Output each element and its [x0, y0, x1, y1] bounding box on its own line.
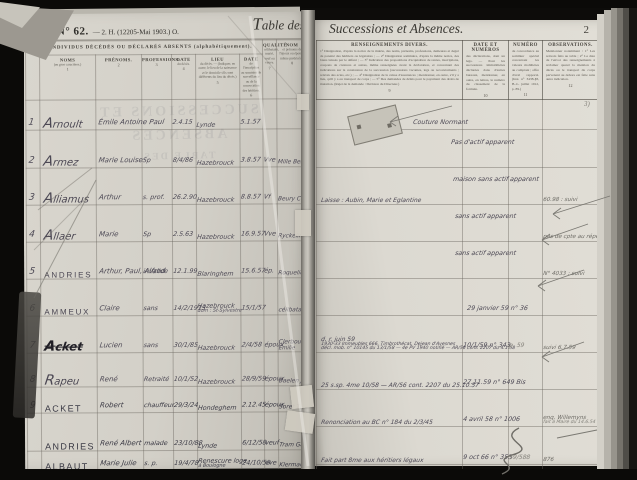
photo-black-margin-top [0, 0, 637, 8]
entry-profession: s. p. [144, 461, 158, 467]
column-header-date-deces: DATE du décès. 4 [172, 54, 196, 99]
column-header-professions: PROFESSIONS. 3 [142, 54, 172, 99]
declaration-date: 9 oct 66 n° 355 [463, 455, 513, 461]
entry-profession: s. prof. [142, 195, 165, 201]
cell-numero [509, 204, 543, 241]
assets-note: Couture Normant [413, 120, 469, 126]
column-header-noms: NOMS (en gros caractères.) 1 [40, 55, 96, 100]
declaration-date: 4 avril 58 n° 1006 [463, 417, 521, 423]
entry-firstnames: Claire [97, 305, 120, 312]
assets-note: sans actif apparent [455, 251, 517, 257]
note-line-1: 25 s.sp. 4me 10/58 — AR/56 cont. 2207 du… [317, 383, 463, 389]
note-line-3: décl. mob. n° 10145 du 13/1/58 — 4e PV 1… [317, 347, 463, 352]
observation-note: pas de cpte au répertoire [543, 235, 599, 241]
cell-qualite: Vf [263, 167, 277, 204]
cell-date-declaration: 9 oct 66 n° 355 [463, 426, 509, 464]
cell-date-declaration: maison sans actif apparent [463, 167, 509, 204]
assets-note: maison sans actif apparent [453, 177, 540, 183]
ledger-title-left-part: Table des [252, 14, 305, 34]
entry-profession: malade [144, 441, 168, 447]
ledger-title-right-part: Successions et Absences. [329, 21, 463, 37]
cell-prenoms: Émile Antoine Paul [96, 100, 142, 130]
cell-renseignements [317, 241, 463, 278]
table-row: 9 ACKET Robert chauffeur 29/3/24 Hondegh… [27, 386, 309, 413]
ledger-right-page: Successions et Absences. 2 RENSEIGNEMENT… [313, 20, 599, 466]
entry-number: 3 [26, 194, 35, 203]
table-row: Renonciation au BC n° 184 du 2/3/45 4 av… [317, 389, 599, 426]
cell-nom: Armez [40, 130, 96, 168]
cell-profession: chauffeur [143, 386, 173, 412]
cell-date-declaration: 29 janvier 59 n° 36 [463, 278, 509, 315]
cell-numero [509, 167, 543, 204]
entry-marital-status: vve [265, 460, 277, 466]
cell-prenoms: Arthur [96, 168, 142, 205]
cell-lieu-deces: Hazebrouck [196, 167, 240, 204]
section-header: INDIVIDUS DÉCÉDÉS OU DÉCLARÉS ABSENTS (a… [39, 40, 262, 55]
entry-marital-status: Vve [263, 157, 276, 163]
cell-qualite: Vve [263, 204, 277, 241]
cell-date-inscription: 16.9.57 [240, 204, 263, 241]
table-row: 7 Acket Lucien sans 30/1/85 Hazebrouck 2… [27, 315, 309, 353]
cell-observations: suivi 6.7.59 [543, 315, 599, 352]
column-header-numero-concordance: NUMÉRO de concordance au sommier spécial… [509, 41, 543, 100]
cell-date-deces: 14/2/1913 [173, 278, 197, 315]
entry-record-date: 2.12.45 [241, 402, 266, 408]
cell-date-inscription: 3.8.57 [240, 129, 263, 167]
entry-firstnames: Marie [96, 231, 118, 238]
cell-date-deces: 30/1/85 [173, 315, 197, 352]
cell-nom: ACKET [41, 387, 97, 413]
cell-profession: s. prof. [142, 167, 172, 204]
entry-record-date: 15.6.57 [241, 268, 266, 274]
cell-lieu-deces: Lynde [196, 99, 240, 129]
cell-qualite: ép. [264, 241, 278, 278]
cell-renseignements: Renonciation au BC n° 184 du 2/3/45 [317, 389, 463, 426]
entry-firstnames: Arthur [96, 194, 121, 201]
entry-record-date: 15/1/57 [241, 305, 266, 311]
cell-profession: malade [143, 412, 173, 450]
form-edition-ref: — 2. H. (12205-Mai 1903.) O. [93, 28, 179, 36]
entry-profession: Sp [142, 158, 151, 164]
entry-marital-status: Vf [263, 194, 270, 200]
entry-surname: ANDRIES [41, 271, 96, 279]
cell-profession: invalide [143, 241, 173, 278]
cell-prenoms: René [97, 353, 143, 387]
note-line-1: Fait part 8me aux héritiers légaux [317, 458, 463, 464]
entry-death-place: Hazebrouck [197, 379, 241, 386]
table-row: 25 s.sp. 4me 10/58 — AR/56 cont. 2207 du… [317, 352, 599, 389]
entry-death-date: 10/1/52 [173, 377, 198, 383]
table-row: ALBAUT Marie Julie s. p. 19/4/78 Renescu… [28, 450, 310, 471]
entry-profession: sans [143, 343, 158, 349]
cell-qualite: Vve [263, 129, 277, 167]
cell-numero [509, 129, 543, 167]
entry-profession: Sp [143, 232, 152, 238]
cell-numero: 5 [27, 242, 41, 279]
cell-date-inscription: 2/4/58 [241, 315, 264, 352]
entry-firstnames: Marie Louise [96, 157, 143, 164]
entry-record-date: 28/9/59 [241, 376, 266, 382]
cell-date-declaration: sans actif apparent [463, 241, 509, 278]
cell-lieu-deces: Blaringhem [197, 241, 241, 278]
assets-note: sans actif apparent [455, 214, 517, 220]
cell-nom: Acket [41, 316, 97, 353]
cell-nom: Allaer [40, 205, 96, 242]
entry-death-date: 2.4.15 [172, 120, 193, 126]
table-row: Laisse : Aubin, Marie et Eglantine maiso… [317, 167, 599, 204]
entry-death-place: Blaringhem [197, 271, 241, 278]
table-row: sans actif apparent pas de cpte au réper… [317, 204, 599, 241]
cell-date-inscription: 6/12/58 [241, 412, 264, 450]
cell-date-declaration: Couture Normant [463, 99, 509, 129]
cell-numero: 3 [26, 168, 40, 205]
cell-qualite: époux [264, 386, 278, 412]
declaration-date: 29 janvier 59 n° 36 [467, 306, 529, 312]
entry-firstnames: Marie Julie [98, 460, 137, 467]
cell-numero [509, 99, 543, 129]
cell-profession: Sp [142, 129, 172, 167]
cell-observations: 876 [543, 426, 599, 464]
cell-observations [543, 129, 599, 167]
cell-numero: 59/588 [509, 426, 543, 464]
entry-marital-status: Vve [264, 231, 277, 237]
cell-renseignements: 25 s.sp. 4me 10/58 — AR/56 cont. 2207 du… [317, 352, 463, 389]
cell-prenoms: Arthur, Paul, Alfred [97, 242, 143, 279]
cell-lieu-deces: Hazebrouck [196, 204, 240, 241]
entry-death-place: Lynde [198, 443, 242, 450]
cell-lieu-deces: Hazebrouck dom : St-Sylvestre [197, 278, 241, 315]
cell-date-inscription: 28/9/59 [241, 352, 264, 386]
cell-prenoms: Marie Louise [96, 130, 142, 168]
entry-death-date: 2.5.63 [173, 232, 194, 238]
entry-firstnames: Lucien [97, 342, 123, 349]
table-row: 6 AMMEUX Claire sans 14/2/1913 Hazebrouc… [27, 278, 309, 316]
cell-lieu-deces: Hondeghem [197, 386, 241, 412]
column-header-observations: OBSERVATIONS. Mentionner notamment : 1° … [543, 41, 599, 100]
cell-lieu-deces: Renescure loge à Boulogne [198, 450, 242, 470]
entry-death-date: 26.2.90 [172, 195, 197, 201]
cell-date-deces: 12.1.99 [173, 241, 197, 278]
entry-surname: Alliamus [40, 191, 97, 205]
tape-piece [285, 410, 316, 434]
entry-profession: sans [143, 306, 158, 312]
entry-surname: Rapeu [41, 373, 98, 387]
table-row: d. r. juin 59 1930-33 Immeubles 666, Tim… [317, 315, 599, 352]
entry-profession: Retraité [143, 377, 169, 383]
cell-prenoms: Marie [96, 205, 142, 242]
cell-numero: 1 [26, 100, 40, 130]
entry-record-date: 8.8.57 [240, 194, 261, 200]
assets-note: Pas d'actif apparent [451, 140, 515, 146]
entry-death-date: 19/4/78 [174, 461, 199, 467]
cell-date-inscription: 8.8.57 [240, 167, 263, 204]
cell-profession: sans [143, 278, 173, 315]
cell-qualite: veuf [264, 412, 278, 450]
table-row: sans actif apparent N° 4033 : suivi [317, 241, 599, 278]
cell-observations: enq. Willemyns fait à Maire du 14.6.54 [543, 389, 599, 426]
entry-marital-status: ép. [264, 268, 275, 274]
cell-nom: ANDRIES [41, 242, 97, 279]
cell-prenoms: Marie Julie [98, 451, 144, 471]
cell-date-declaration: 10/1/59 n° 343 [463, 315, 509, 352]
entry-number: 5 [27, 268, 36, 277]
table-row: 4 Allaer Marie Sp 2.5.63 Hazebrouck 16.9… [26, 204, 308, 242]
column-header-lieu-deces: LIEU du décès. — (Indiquer, en outre, le… [196, 54, 240, 99]
cell-prenoms: Claire [97, 279, 143, 316]
entry-surname: Allaer [40, 228, 97, 242]
scanned-ledger-photo: N° 62. — 2. H. (12205-Mai 1903.) O. Tabl… [0, 0, 637, 480]
column-header-date-numeros: DATE ET NUMÉROS des déclarations, dont u… [463, 41, 509, 100]
table-row: Fait part 8me aux héritiers légaux 9 oct… [317, 426, 599, 464]
cell-profession: Sp [142, 204, 172, 241]
observation-note: suivi 6.7.59 [543, 346, 599, 352]
page-edge-strip [597, 14, 604, 470]
photo-black-margin-bottom [0, 469, 637, 480]
cell-qualite: époux [264, 315, 278, 352]
cell-date-declaration: Pas d'actif apparent [463, 129, 509, 167]
entry-death-date: 30/1/85 [173, 343, 198, 349]
entry-surname: Acket [41, 339, 98, 353]
cell-observations [543, 99, 599, 129]
cell-date-declaration: 27.11.59 n° 649 Bis [463, 352, 509, 389]
cell-qualite [263, 99, 277, 129]
cell-numero [509, 241, 543, 278]
note-line-1: Renonciation au BC n° 184 du 2/3/45 [317, 420, 463, 426]
cell-nom: ANDRIES [41, 413, 97, 451]
cell-date-deces: 2.4.15 [172, 99, 196, 129]
cell-observations: 60.98 : suivi [543, 167, 599, 204]
concordance-number: p. 59 [509, 343, 525, 349]
entry-death-place: Hazebrouck [197, 234, 241, 241]
declaration-date: 27.11.59 n° 649 Bis [463, 380, 526, 386]
table-row: 29 janvier 59 n° 36 [317, 278, 599, 315]
cell-date-deces: 2.5.63 [172, 204, 196, 241]
cell-qualite [264, 278, 278, 315]
tape-piece [290, 385, 314, 409]
cell-profession: s. p. [144, 450, 174, 470]
entry-death-date: 12.1.99 [173, 269, 198, 275]
entry-number: 4 [26, 231, 35, 240]
cell-observations: pas de cpte au répertoire [543, 204, 599, 241]
observation-note-2: fait à Maire du 14.6.54 [543, 421, 599, 426]
column-header-prenoms: PRÉNOMS. 2 [96, 55, 142, 100]
entry-surname: Armez [40, 154, 97, 168]
page-edge-strip [629, 0, 637, 480]
deceased-persons-table: NUMÉRO d'ordre. INDIVIDUS DÉCÉDÉS OU DÉC… [25, 39, 310, 471]
entry-death-place: Hazebrouck [197, 345, 241, 352]
entry-profession: chauffeur [143, 403, 174, 409]
declarations-table: RENSEIGNEMENTS DIVERS. 1° Désignation, d… [316, 40, 599, 480]
cell-renseignements [317, 278, 463, 315]
cell-date-deces: 19/4/78 [174, 450, 198, 470]
table-row: 3 Alliamus Arthur s. prof. 26.2.90 Hazeb… [26, 167, 308, 205]
table-row: 5 ANDRIES Arthur, Paul, Alfred invalide … [27, 241, 309, 279]
entry-firstnames: René Albert [98, 440, 142, 447]
entry-record-date: 3.8.57 [240, 157, 261, 163]
cell-renseignements [317, 204, 463, 241]
entry-death-date: 8/4/86 [172, 158, 193, 164]
entry-surname: Arnoult [39, 116, 96, 130]
note-line-1: Laisse : Aubin, Marie et Eglantine [317, 198, 463, 204]
table-row: ANDRIES René Albert malade 23/10/88 Lynd… [27, 412, 309, 451]
cell-date-inscription: 5.1.57 [240, 99, 263, 129]
left-table-body: 1 Arnoult Émile Antoine Paul 2.4.15 Lynd… [26, 99, 310, 471]
entry-surname: AMMEUX [41, 308, 96, 316]
column-header-qualite: QUALITÉ célibataire, marié, veuf ou veuv… [262, 40, 276, 99]
cell-nom: Arnoult [40, 100, 96, 130]
entry-record-date: 2/4/58 [241, 342, 262, 348]
cell-lieu-deces: Hazebrouck [196, 129, 240, 167]
entry-death-place: Hondeghem [197, 405, 241, 412]
entry-firstnames: Émile Antoine Paul [96, 119, 165, 126]
cell-date-deces: 10/1/52 [173, 352, 197, 386]
cell-qualite: époux [264, 352, 278, 386]
entry-record-date: 6/12/58 [242, 440, 267, 446]
cell-prenoms: Lucien [97, 316, 143, 353]
cell-renseignements: Fait part 8me aux héritiers légaux [317, 426, 463, 464]
concordance-number: 59/588 [509, 455, 531, 461]
tape-piece [295, 210, 311, 236]
cell-date-deces: 23/10/88 [173, 412, 197, 450]
column-header-date-inscription: DATE de l'inscription au sommier de surv… [240, 54, 263, 99]
entry-death-date: 29/3/24 [173, 403, 198, 409]
cell-numero: 4 [26, 205, 40, 242]
entry-death-place-note: dom : St-Sylvestre [197, 310, 241, 315]
cell-profession: sans [143, 315, 173, 352]
cell-date-inscription: 24/10/59 [242, 450, 265, 470]
entry-death-place: Hazebrouck [196, 197, 240, 204]
cell-lieu-deces: Hazebrouck [197, 315, 241, 352]
entry-firstnames: René [97, 376, 118, 383]
cell-date-deces: 29/3/24 [173, 386, 197, 412]
observation-note: 60.98 : suivi [543, 198, 599, 204]
cell-numero [27, 413, 41, 451]
ledger-left-page: N° 62. — 2. H. (12205-Mai 1903.) O. Tabl… [23, 11, 311, 469]
cell-lieu-deces: Lynde [197, 412, 241, 450]
table-row: 8 Rapeu René Retraité 10/1/52 Hazebrouck… [27, 352, 309, 387]
cell-nom: Alliamus [40, 168, 96, 205]
cell-numero: p. 59 [509, 315, 543, 352]
cell-renseignements: d. r. juin 59 1930-33 Immeubles 666, Tim… [317, 315, 463, 352]
page-edge-strip [604, 10, 611, 470]
entry-surname: ANDRIES [42, 442, 97, 451]
entry-record-date: 5.1.57 [240, 119, 261, 125]
declaration-date: 10/1/59 n° 343 [463, 343, 511, 349]
cell-prenoms: René Albert [97, 413, 143, 451]
cell-date-inscription: 2.12.45 [241, 386, 264, 412]
cell-date-declaration: 4 avril 58 n° 1006 [463, 389, 509, 426]
form-reference: N° 62. — 2. H. (12205-Mai 1903.) O. [57, 21, 179, 40]
cell-nom: AMMEUX [41, 279, 97, 316]
entry-marital-status: veuf [265, 440, 280, 446]
table-row: 2 Armez Marie Louise Sp 8/4/86 Hazebrouc… [26, 129, 308, 168]
cell-qualite: vve [265, 450, 279, 470]
cell-date-deces: 26.2.90 [172, 167, 196, 204]
cell-prenoms: Robert [97, 387, 143, 413]
entry-number: 1 [26, 119, 35, 128]
right-table-body: Couture Normant [317, 99, 599, 480]
entry-death-place: Lynde [196, 122, 240, 129]
observation-note: 876 [543, 458, 599, 464]
cell-numero: 2 [26, 130, 40, 168]
cell-date-deces: 8/4/86 [172, 129, 196, 167]
entry-death-place: Hazebrouck [196, 160, 240, 167]
table-row: 1 Arnoult Émile Antoine Paul 2.4.15 Lynd… [26, 99, 308, 130]
entry-record-date: 16.9.57 [241, 231, 266, 237]
cell-lieu-deces: Hazebrouck [197, 352, 241, 386]
entry-number: 2 [26, 157, 35, 166]
entry-profession: invalide [143, 269, 169, 275]
entry-firstnames: Robert [97, 402, 123, 409]
cell-observations [543, 352, 599, 389]
cell-observations [543, 278, 599, 315]
cell-date-declaration: sans actif apparent [463, 204, 509, 241]
pencil-margin-mark: 3) [584, 100, 590, 108]
cell-nom: Rapeu [41, 353, 97, 387]
cell-renseignements: Laisse : Aubin, Marie et Eglantine [317, 167, 463, 204]
observation-note: N° 4033 : suivi [543, 272, 599, 278]
cell-date-inscription: 15.6.57 [241, 241, 264, 278]
tape-piece [297, 94, 309, 110]
cell-profession: Retraité [143, 352, 173, 386]
column-header-renseignements: RENSEIGNEMENTS DIVERS. 1° Désignation, d… [317, 41, 463, 100]
cell-observations: N° 4033 : suivi [543, 241, 599, 278]
cell-date-inscription: 15/1/57 [241, 278, 264, 315]
page-number: 2 [584, 24, 590, 36]
